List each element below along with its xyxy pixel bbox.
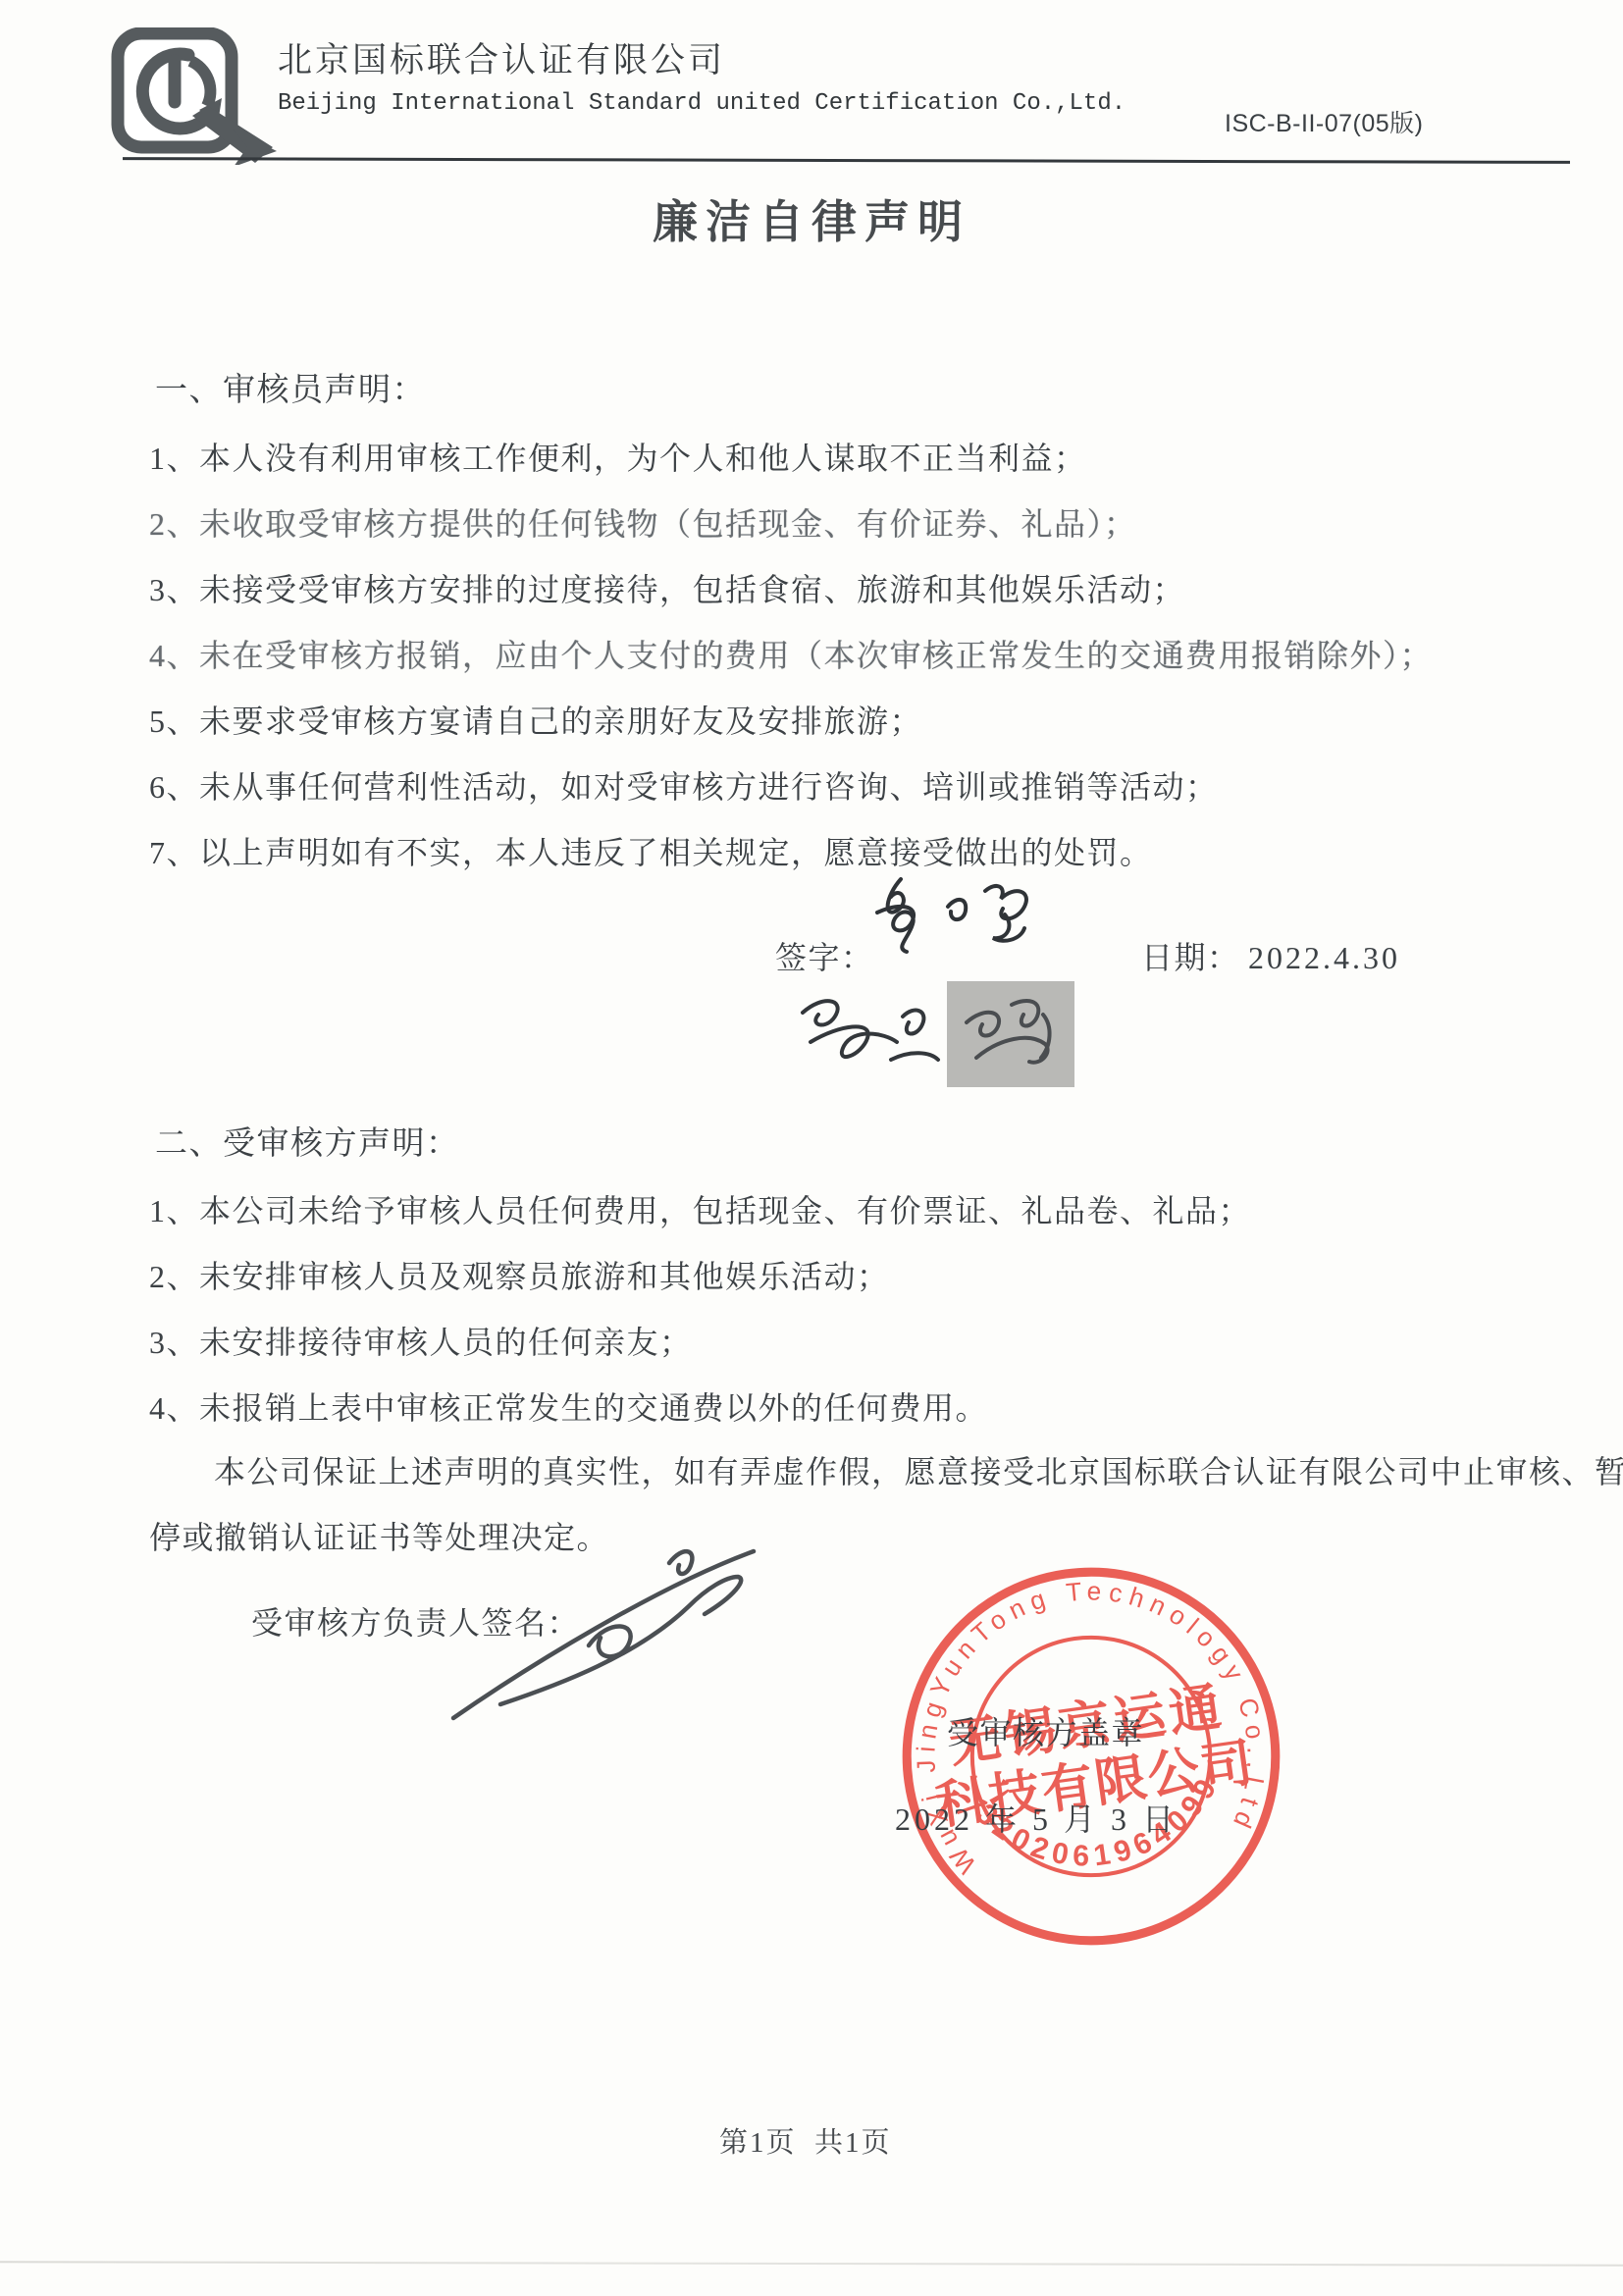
- declaration-item: 6、未从事任何营利性活动，如对受审核方进行咨询、培训或推销等活动；: [149, 769, 1219, 806]
- declaration-item: 2、未安排审核人员及观察员旅游和其他娱乐活动；: [149, 1259, 890, 1295]
- certification-logo-icon: [108, 27, 285, 165]
- declaration-item: 5、未要求受审核方宴请自己的亲朋好友及安排旅游；: [149, 704, 922, 740]
- declaration-item: 3、未接受受审核方安排的过度接待，包括食宿、旅游和其他娱乐活动；: [149, 572, 1185, 608]
- declaration-item: 1、本公司未给予审核人员任何费用，包括现金、有价票证、礼品卷、礼品；: [149, 1193, 1251, 1229]
- document-code: ISC-B-II-07(05版): [1225, 110, 1423, 138]
- auditor-signature: [856, 865, 1081, 973]
- company-name-cn: 北京国标联合认证有限公司: [278, 41, 725, 80]
- declaration-item: 2、未收取受审核方提供的任何钱物（包括现金、有价证券、礼品）；: [149, 506, 1137, 543]
- page-title: 廉洁自律声明: [0, 196, 1623, 248]
- company-seal-stamp: WuXi JingYunTong Technology Co.,Ltd 无锡京运…: [883, 1548, 1299, 1964]
- page-number: 第1页 共1页: [719, 2127, 892, 2160]
- auditor-signature-2: [783, 981, 950, 1084]
- pledge-paragraph-line1: 本公司保证上述声明的真实性，如有弄虚作假，愿意接受北京国标联合认证有限公司中止审…: [214, 1454, 1623, 1490]
- header-divider: [123, 157, 1570, 164]
- declaration-item: 1、本人没有利用审核工作便利，为个人和他人谋取不正当利益；: [149, 441, 1087, 477]
- section2-heading: 二、受审核方声明：: [155, 1126, 460, 1164]
- date-label: 日期：: [1141, 940, 1240, 976]
- section1-heading: 一、审核员声明：: [155, 373, 426, 410]
- stamp-caption: 受审核方盖章: [947, 1715, 1144, 1751]
- declaration-item: 4、未在受审核方报销，应由个人支付的费用（本次审核正常发生的交通费用报销除外）；: [149, 638, 1433, 674]
- principal-signature: [442, 1536, 765, 1732]
- declaration-item: 3、未安排接待审核人员的任何亲友；: [149, 1325, 693, 1361]
- scan-edge-artifact: [0, 2261, 1623, 2266]
- auditor-signature-3: [947, 981, 1074, 1087]
- document-page: 北京国标联合认证有限公司 Beijing International Stand…: [0, 0, 1623, 2296]
- sign-date-value: 2022.4.30: [1248, 940, 1400, 976]
- stamp-date: 2022 年 5 月 3 日: [895, 1801, 1178, 1838]
- declaration-item: 4、未报销上表中审核正常发生的交通费以外的任何费用。: [149, 1390, 988, 1427]
- company-name-en: Beijing International Standard united Ce…: [278, 90, 1126, 118]
